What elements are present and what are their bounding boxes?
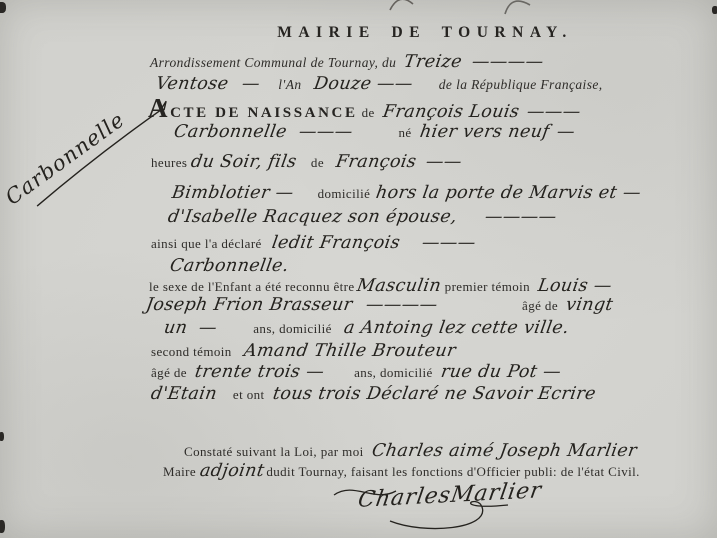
handwritten-text: hier vers neuf <box>418 122 550 142</box>
handwritten-text: Amand Thille Brouteur <box>242 341 457 361</box>
margin-note-text: Carbonnelle <box>1 107 129 209</box>
handwritten-text: a Antoing lez cette ville. <box>342 318 570 338</box>
declarant-name-line: Carbonnelle. <box>170 256 289 276</box>
handwritten-text: Ventose <box>154 74 230 94</box>
arrondissement-line: Arrondissement Communal de Tournay, duTr… <box>150 52 544 72</box>
mother-line: d'Isabelle Racquez son épouse,———— <box>168 207 557 227</box>
printed-text: heures <box>151 156 187 171</box>
printed-text: le sexe de l'Enfant a été reconnu être <box>149 280 355 295</box>
scan-speck <box>0 2 6 13</box>
handwritten-text: Charles aimé Joseph Marlier <box>370 441 638 461</box>
handwritten-text: Douze <box>312 74 373 94</box>
printed-text: et ont <box>233 388 265 403</box>
scan-speck <box>0 432 4 441</box>
handwritten-text: ———— <box>471 52 546 72</box>
father-occupation-line: Bimblotier —domiciliéhors la porte de Ma… <box>172 183 641 203</box>
signature: CharlesMarlier <box>330 477 570 535</box>
handwritten-text: —— <box>425 152 464 172</box>
printed-text: âgé de <box>151 366 187 381</box>
printed-text: âgé de <box>522 299 558 314</box>
handwritten-text: d'Isabelle Racquez son épouse, <box>166 207 458 227</box>
printed-text: Maire <box>163 465 196 480</box>
printed-text: de <box>311 156 324 171</box>
margin-note: Carbonnelle <box>1 107 129 209</box>
witness1-line: Joseph Frion Brasseur————âgé devingt <box>146 295 613 315</box>
printed-text: ainsi que l'a déclaré <box>151 237 262 252</box>
handwritten-text: ———— <box>483 207 558 227</box>
handwritten-text: ledit François <box>270 233 401 253</box>
handwritten-text: — <box>555 122 576 142</box>
top-edge-pen-strokes <box>0 0 717 22</box>
scan-speck <box>712 6 717 14</box>
handwritten-text: — <box>198 318 219 338</box>
declarant-line: ainsi que l'a déclaréledit François——— <box>151 233 476 253</box>
handwritten-text: Bimblotier — <box>170 183 295 203</box>
handwritten-text: ——— <box>420 233 477 253</box>
printed-text: de <box>362 106 375 121</box>
printed-text: ans, domicilié <box>253 322 332 337</box>
handwritten-text: rue du Pot — <box>439 362 562 382</box>
handwritten-text: —— <box>375 74 414 94</box>
printed-text: premier témoin <box>445 280 530 295</box>
handwritten-text: Joseph Frion Brasseur <box>144 295 354 315</box>
handwritten-text: trente trois — <box>193 362 325 382</box>
printed-text: ans, domicilié <box>354 366 433 381</box>
scan-speck <box>0 520 5 533</box>
handwritten-text: — <box>241 74 262 94</box>
handwritten-text: Carbonnelle <box>172 122 288 142</box>
handwritten-text: adjoint <box>198 461 266 481</box>
date-line: Ventose—l'AnDouze——de la République Fran… <box>156 74 603 94</box>
handwritten-text: François <box>334 152 418 172</box>
handwritten-text: Carbonnelle. <box>168 256 290 276</box>
printed-text: l'An <box>278 77 301 93</box>
printed-text: domicilié <box>318 187 371 202</box>
handwritten-text: tous trois Déclaré ne Savoir Ecrire <box>271 384 597 404</box>
printed-text: Constaté suivant la Loi, par moi <box>184 445 364 460</box>
handwritten-text: un <box>162 318 189 338</box>
handwritten-text: ——— <box>525 102 582 122</box>
witness2-age-line: âgé detrente trois —ans, domiciliérue du… <box>151 362 561 382</box>
witness2-line: second témoinAmand Thille Brouteur <box>151 341 455 361</box>
birth-time-line: heuresdu Soir, filsdeFrançois—— <box>151 152 462 172</box>
handwritten-text: Treize <box>403 52 464 72</box>
handwritten-text: ——— <box>297 122 354 142</box>
handwritten-text: Masculin <box>355 276 442 296</box>
handwritten-text: du Soir, fils <box>190 152 299 172</box>
document-title: MAIRIE DE TOURNAY. <box>240 24 610 42</box>
printed-text: de la République Française, <box>439 77 603 93</box>
witness1-age-line: un—ans, domiciliéa Antoing lez cette vil… <box>164 318 569 338</box>
constate-line: Constaté suivant la Loi, par moiCharles … <box>184 441 636 461</box>
sex-witness-line: le sexe de l'Enfant a été reconnu êtreMa… <box>149 276 612 296</box>
handwritten-text: hors la porte de Marvis et — <box>375 183 643 203</box>
printed-text: Arrondissement Communal de Tournay, du <box>150 55 396 71</box>
handwritten-text: François Louis <box>381 102 520 122</box>
handwritten-text: vingt <box>564 295 614 315</box>
printed-text: ACTE DE NAISSANCE <box>148 96 358 121</box>
printed-text: second témoin <box>151 345 232 360</box>
acte-title-line: ACTE DE NAISSANCEdeFrançois Louis——— <box>148 96 581 122</box>
document-page: MAIRIE DE TOURNAY. Carbonnelle Arrondiss… <box>0 0 717 538</box>
handwritten-text: Louis — <box>536 276 613 296</box>
handwritten-text: d'Etain <box>149 384 218 404</box>
handwritten-text: ———— <box>365 295 440 315</box>
closing-line: d'Etainet onttous trois Déclaré ne Savoi… <box>151 384 595 404</box>
printed-text: né <box>398 126 411 141</box>
child-name-line: Carbonnelle———néhier vers neuf— <box>174 122 575 142</box>
